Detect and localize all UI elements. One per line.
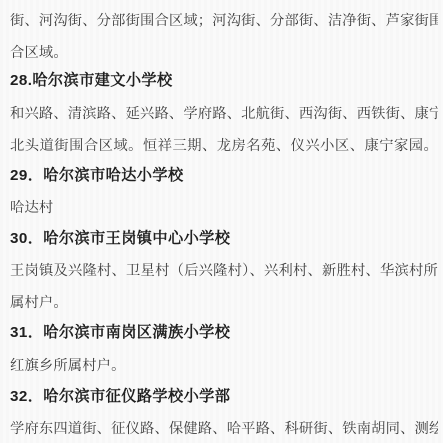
district-text-line: 属村户。 xyxy=(10,293,438,315)
district-text-line: 北头道街围合区域。恒祥三期、龙房名苑、仪兴小区、康宁家园。 xyxy=(10,136,438,158)
heading-school-32: 32．哈尔滨市征仪路学校小学部 xyxy=(10,387,438,409)
district-text-line: 王岗镇及兴隆村、卫星村（后兴隆村）、兴利村、新胜村、华滨村所 xyxy=(10,261,438,283)
district-text-line: 哈达村 xyxy=(10,198,438,220)
district-text-line: 学府东四道街、征仪路、保健路、哈平路、科研街、铁南胡同、测绘 xyxy=(10,419,438,441)
heading-school-30: 30．哈尔滨市王岗镇中心小学校 xyxy=(10,229,438,251)
district-text-line: 街、河沟街、分部街围合区域；河沟街、分部街、洁净街、芦家街围 xyxy=(10,11,438,33)
district-text-line: 红旗乡所属村户。 xyxy=(10,356,438,378)
heading-school-29: 29．哈尔滨市哈达小学校 xyxy=(10,166,438,188)
document-page: 街、河沟街、分部街围合区域；河沟街、分部街、洁净街、芦家街围 合区域。 28.哈… xyxy=(0,0,443,443)
district-text-line: 合区域。 xyxy=(10,43,438,65)
heading-school-31: 31．哈尔滨市南岗区满族小学校 xyxy=(10,323,438,345)
heading-school-28: 28.哈尔滨市建文小学校 xyxy=(10,71,438,93)
district-text-line: 和兴路、清滨路、延兴路、学府路、北航街、西沟街、西铁街、康宁 xyxy=(10,104,438,126)
